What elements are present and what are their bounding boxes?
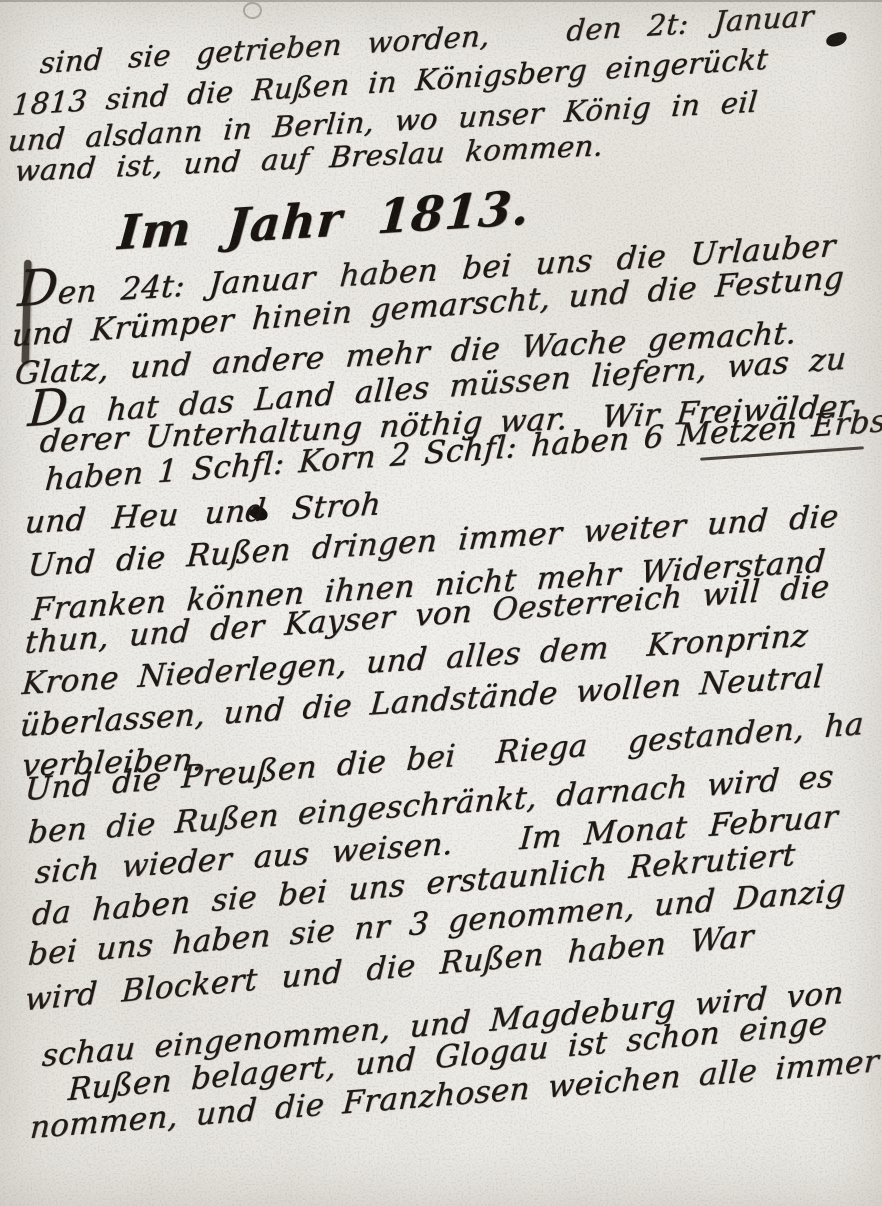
manuscript-page: sind sie getrieben worden, den 2t: Janua… — [0, 0, 882, 1206]
ink-blot — [825, 31, 849, 49]
paper-ring-stain — [243, 2, 262, 19]
